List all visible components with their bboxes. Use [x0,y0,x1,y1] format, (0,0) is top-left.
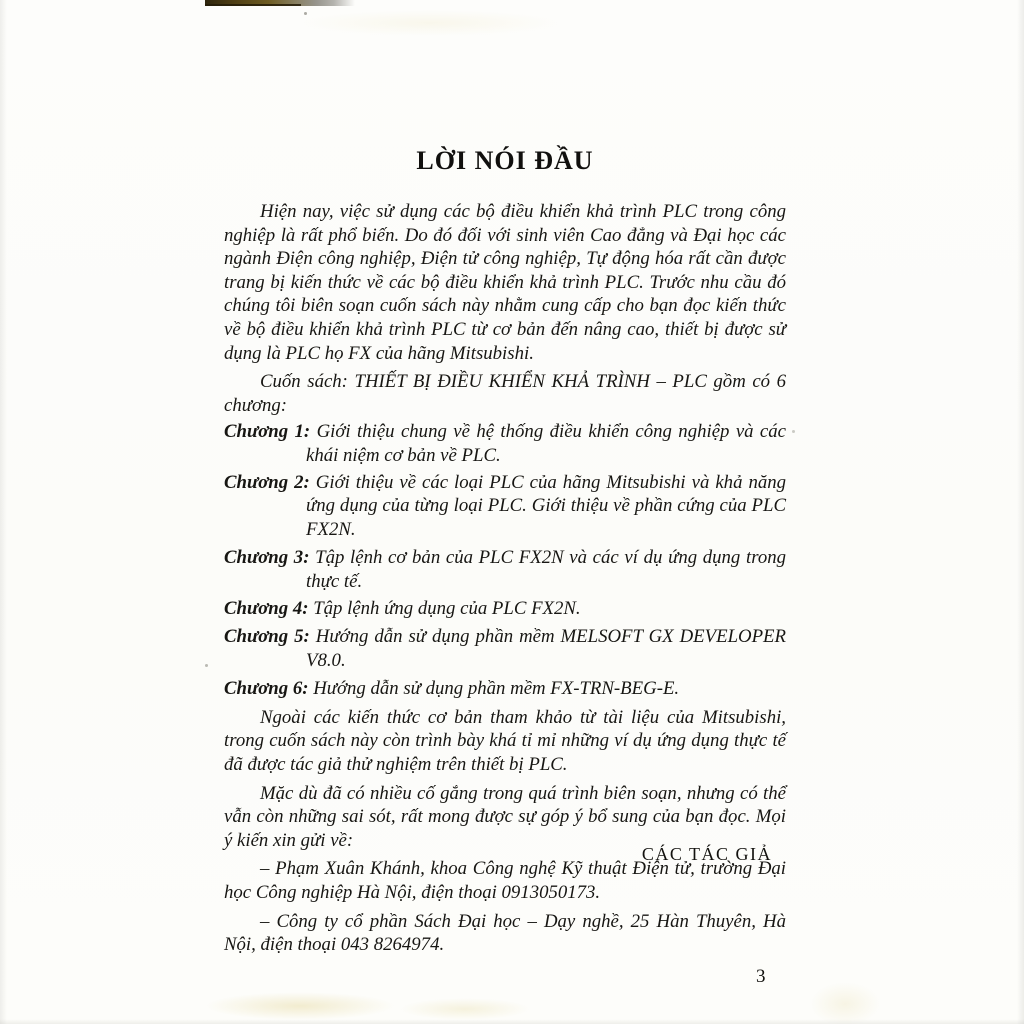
paragraph-apology: Mặc dù đã có nhiều cố gắng trong quá trì… [224,782,786,853]
scan-smudge [400,998,530,1020]
scanned-book-page: LỜI NÓI ĐẦU Hiện nay, việc sử dụng các b… [0,0,1024,1024]
chapter-item-6: Chương 6: Hướng dẫn sử dụng phần mềm FX-… [224,677,786,701]
authors-signature: CÁC TÁC GIẢ [224,844,772,865]
chapter-label: Chương 3: [224,547,309,568]
page-edge-shading-right [1017,0,1024,1024]
chapter-label: Chương 2: [224,472,310,493]
chapter-label: Chương 6: [224,678,308,699]
paragraph-references: Ngoài các kiến thức cơ bản tham khảo từ … [224,706,786,777]
page-title: LỜI NÓI ĐẦU [224,146,786,176]
chapter-text: Hướng dẫn sử dụng phần mềm FX-TRN-BEG-E. [313,678,679,699]
page-number: 3 [756,966,766,988]
chapter-item-3: Chương 3: Tập lệnh cơ bản của PLC FX2N v… [224,546,786,593]
chapter-item-5: Chương 5: Hướng dẫn sử dụng phần mềm MEL… [224,625,786,672]
scan-binding-strip-core [205,4,301,6]
chapter-item-4: Chương 4: Tập lệnh ứng dụng của PLC FX2N… [224,597,786,621]
scan-smudge [810,982,880,1024]
chapter-text: Giới thiệu chung về hệ thống điều khiển … [306,421,786,466]
paragraph-book-line: Cuốn sách: THIẾT BỊ ĐIỀU KHIỂN KHẢ TRÌNH… [224,370,786,417]
chapter-text: Tập lệnh ứng dụng của PLC FX2N. [313,598,580,619]
chapter-label: Chương 5: [224,626,310,647]
chapter-text: Giới thiệu về các loại PLC của hãng Mits… [306,472,786,540]
chapter-text: Tập lệnh cơ bản của PLC FX2N và các ví d… [306,547,786,592]
paragraph-contact-publisher: – Công ty cổ phần Sách Đại học – Dạy ngh… [224,910,786,957]
scan-speck [304,12,307,15]
chapter-label: Chương 4: [224,598,308,619]
scan-smudge [300,10,560,36]
chapter-text: Hướng dẫn sử dụng phần mềm MELSOFT GX DE… [306,626,786,671]
text-column: LỜI NÓI ĐẦU Hiện nay, việc sử dụng các b… [224,146,786,957]
chapter-item-2: Chương 2: Giới thiệu về các loại PLC của… [224,471,786,542]
chapter-label: Chương 1: [224,421,310,442]
scan-speck [205,664,208,667]
scan-smudge [205,992,395,1020]
chapter-item-1: Chương 1: Giới thiệu chung về hệ thống đ… [224,420,786,467]
page-edge-shading-left [0,0,7,1024]
paragraph-intro: Hiện nay, việc sử dụng các bộ điều khiển… [224,200,786,365]
scan-speck [792,430,795,433]
page-edge-shading-bottom [0,1019,1024,1024]
